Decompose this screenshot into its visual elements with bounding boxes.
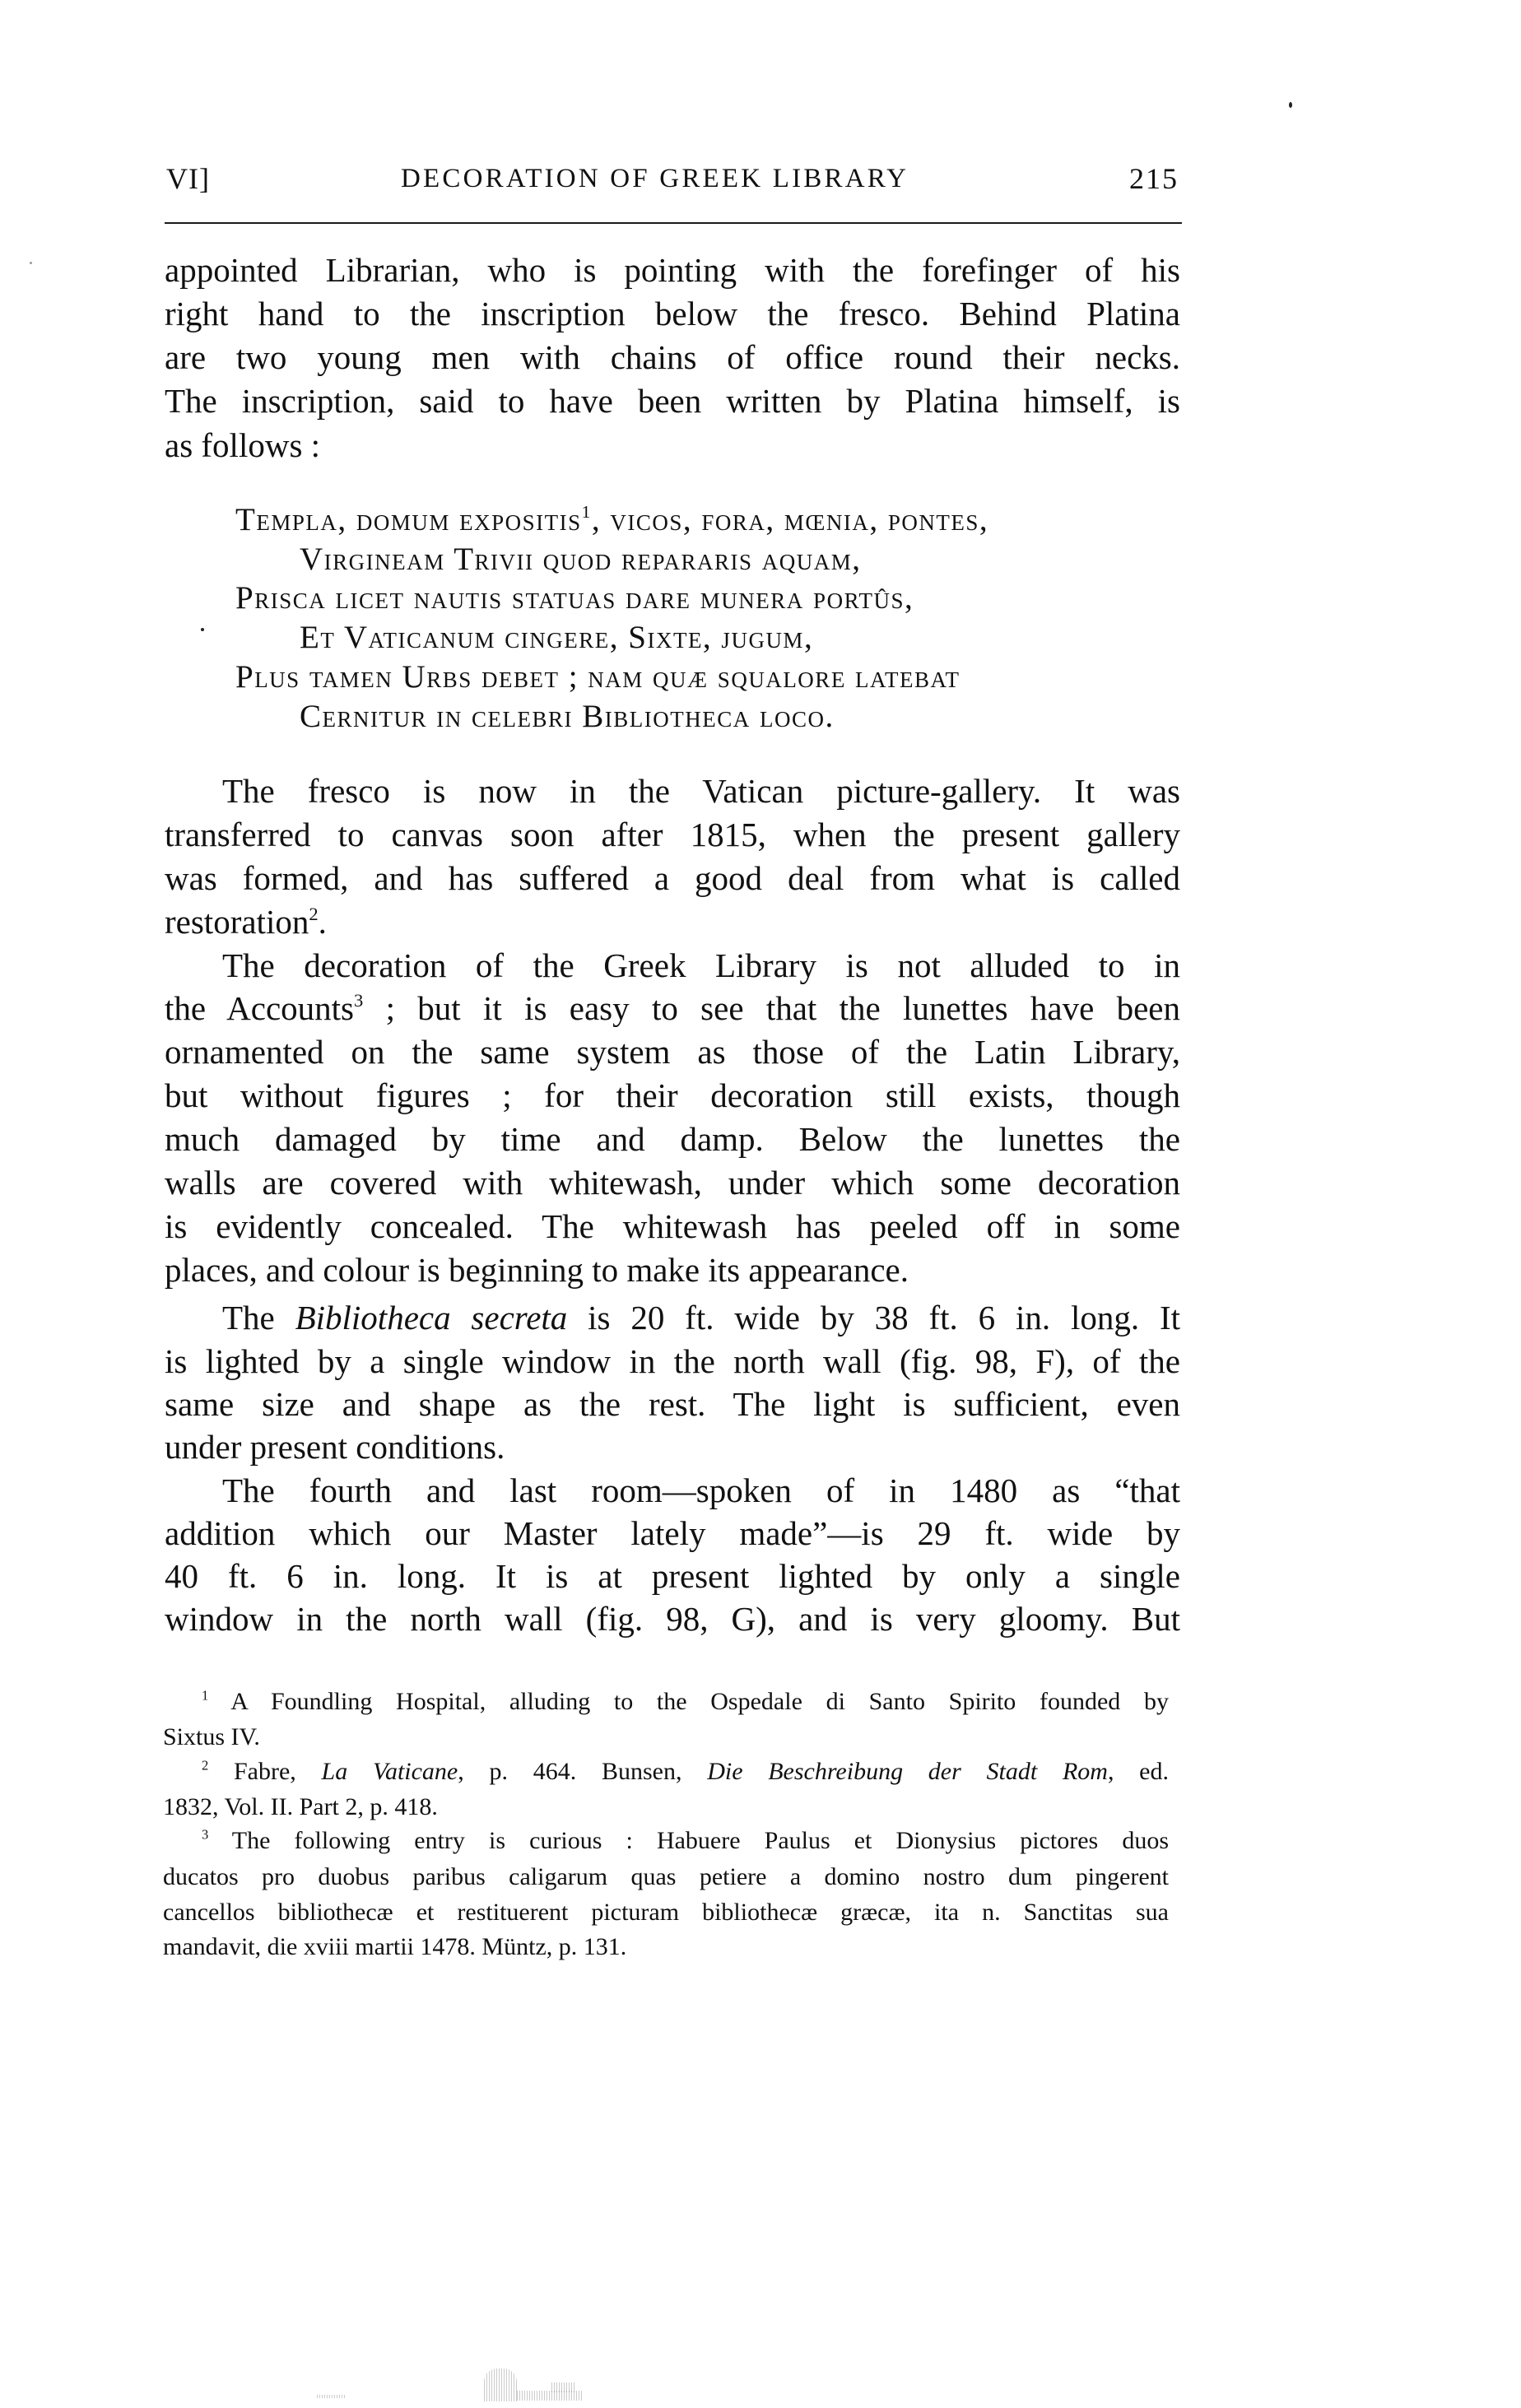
text-run: under present conditions.: [165, 1428, 505, 1466]
header-rule: [165, 222, 1182, 224]
scan-speck: [30, 262, 32, 264]
text-run: mandavit, die xviii martii 1478. Müntz, …: [163, 1933, 626, 1960]
italic-text: La Vaticane: [322, 1758, 458, 1785]
footnote-line: 2 Fabre, La Vaticane, p. 464. Bunsen, Di…: [202, 1760, 1169, 1784]
text-run: The fourth and last room—spoken of in 14…: [222, 1471, 1180, 1509]
text-line: The fourth and last room—spoken of in 14…: [222, 1474, 1180, 1508]
text-line: transferred to canvas soon after 1815, w…: [165, 818, 1180, 852]
verse-line: Plus tamen Urbs debet ; nam quæ squalore…: [235, 661, 961, 693]
text-line: is evidently concealed. The whitewash ha…: [165, 1210, 1180, 1244]
footnote-marker: 2: [309, 904, 318, 924]
text-line: right hand to the inscription below the …: [165, 297, 1180, 331]
text-line: restoration2.: [165, 905, 1180, 939]
text-line: The inscription, said to have been writt…: [165, 384, 1180, 418]
text-run: walls are covered with whitewash, under …: [165, 1164, 1180, 1202]
text-run: The following entry is curious : Habuere…: [208, 1827, 1169, 1854]
scan-smudge: [317, 2395, 346, 2398]
text-line: window in the north wall (fig. 98, G), a…: [165, 1602, 1180, 1636]
text-line: much damaged by time and damp. Below the…: [165, 1123, 1180, 1156]
text-run: Virgineam Trivii quod repararis aquam,: [300, 542, 862, 577]
text-line: is lighted by a single window in the nor…: [165, 1345, 1180, 1378]
text-line: under present conditions.: [165, 1430, 1180, 1464]
footnote-marker: 1: [582, 502, 592, 522]
text-run: A Foundling Hospital, alluding to the Os…: [208, 1688, 1169, 1715]
text-run: The inscription, said to have been writt…: [165, 382, 1180, 420]
text-line: as follows :: [165, 429, 1180, 463]
text-run: , vicos, fora, mœnia, pontes,: [592, 502, 988, 537]
footnote-line: cancellos bibliothecæ et restituerent pi…: [163, 1900, 1169, 1925]
text-line: addition which our Master lately made”—i…: [165, 1517, 1180, 1550]
text-run: Cernitur in celebri Bibliotheca loco.: [300, 699, 835, 734]
footnote-line: ducatos pro duobus paribus caligarum qua…: [163, 1865, 1169, 1890]
footnote-line: Sixtus IV.: [163, 1725, 1169, 1750]
text-run: ducatos pro duobus paribus caligarum qua…: [163, 1863, 1169, 1890]
text-run: Plus tamen Urbs debet ; nam quæ squalore…: [235, 659, 961, 695]
text-line: ornamented on the same system as those o…: [165, 1035, 1180, 1069]
text-run: same size and shape as the rest. The lig…: [165, 1385, 1180, 1423]
text-run: , ed.: [1108, 1758, 1169, 1785]
text-line: places, and colour is beginning to make …: [165, 1253, 1180, 1287]
verse-line: Cernitur in celebri Bibliotheca loco.: [300, 700, 835, 732]
text-run: Et Vaticanum cingere, Sixte, jugum,: [300, 620, 813, 655]
text-run: much damaged by time and damp. Below the…: [165, 1120, 1180, 1158]
text-run: Prisca licet nautis statuas dare munera …: [235, 580, 914, 616]
text-line: appointed Librarian, who is pointing wit…: [165, 253, 1180, 287]
text-run: 40 ft. 6 in. long. It is at present ligh…: [165, 1557, 1180, 1595]
text-run: The: [222, 1299, 295, 1336]
text-run: window in the north wall (fig. 98, G), a…: [165, 1600, 1180, 1638]
footnote-marker: 1: [202, 1687, 208, 1703]
text-line: same size and shape as the rest. The lig…: [165, 1388, 1180, 1421]
page-number: 215: [1129, 164, 1179, 193]
footnote-marker: 3: [202, 1826, 208, 1842]
verse-line: Et Vaticanum cingere, Sixte, jugum,: [300, 621, 813, 653]
book-page: VI] DECORATION OF GREEK LIBRARY 215 appo…: [0, 0, 1521, 2408]
text-run: but without figures ; for their decorati…: [165, 1076, 1180, 1114]
text-run: ; but it is easy to see that the lunette…: [363, 989, 1180, 1027]
text-run: Fabre,: [208, 1758, 321, 1785]
chapter-number: VI]: [166, 164, 210, 193]
text-line: walls are covered with whitewash, under …: [165, 1166, 1180, 1200]
text-run: restoration: [165, 903, 309, 941]
text-line: The fresco is now in the Vatican picture…: [222, 774, 1180, 808]
running-title: DECORATION OF GREEK LIBRARY: [401, 165, 944, 193]
footnote-marker: 3: [354, 990, 363, 1011]
text-run: is 20 ft. wide by 38 ft. 6 in. long. It: [567, 1299, 1180, 1336]
text-run: was formed, and has suffered a good deal…: [165, 859, 1180, 897]
verse-line: Prisca licet nautis statuas dare munera …: [235, 582, 914, 614]
text-run: places, and colour is beginning to make …: [165, 1251, 909, 1289]
text-run: The fresco is now in the Vatican picture…: [222, 772, 1180, 810]
scan-smudge: [551, 2382, 576, 2392]
text-run: 1832, Vol. II. Part 2, p. 418.: [163, 1793, 438, 1820]
footnote-line: 3 The following entry is curious : Habue…: [202, 1829, 1169, 1853]
text-run: ornamented on the same system as those o…: [165, 1033, 1180, 1071]
text-run: The decoration of the Greek Library is n…: [222, 946, 1180, 984]
footnote-marker: 2: [202, 1757, 208, 1773]
text-line: 40 ft. 6 in. long. It is at present ligh…: [165, 1560, 1180, 1593]
scan-smudge: [484, 2368, 517, 2401]
text-run: .: [319, 903, 327, 941]
text-run: Templa, domum expositis: [235, 502, 582, 537]
text-run: cancellos bibliothecæ et restituerent pi…: [163, 1899, 1169, 1926]
text-run: addition which our Master lately made”—i…: [165, 1514, 1180, 1552]
text-run: is lighted by a single window in the nor…: [165, 1342, 1180, 1380]
text-run: Sixtus IV.: [163, 1723, 260, 1750]
scan-speck: [1289, 102, 1292, 108]
text-line: the Accounts3 ; but it is easy to see th…: [165, 992, 1180, 1025]
footnote-line: mandavit, die xviii martii 1478. Müntz, …: [163, 1935, 1169, 1959]
text-run: is evidently concealed. The whitewash ha…: [165, 1207, 1180, 1245]
text-run: as follows :: [165, 426, 320, 464]
text-run: , p. 464. Bunsen,: [458, 1758, 707, 1785]
text-run: transferred to canvas soon after 1815, w…: [165, 816, 1180, 853]
verse-line: Templa, domum expositis1, vicos, fora, m…: [235, 504, 988, 536]
scan-speck: [201, 628, 204, 631]
text-line: was formed, and has suffered a good deal…: [165, 862, 1180, 895]
text-run: are two young men with chains of office …: [165, 338, 1180, 376]
text-line: The Bibliotheca secreta is 20 ft. wide b…: [222, 1301, 1180, 1335]
text-run: the Accounts: [165, 989, 354, 1027]
text-line: but without figures ; for their decorati…: [165, 1079, 1180, 1113]
italic-text: Die Beschreibung der Stadt Rom: [707, 1758, 1108, 1785]
footnote-line: 1832, Vol. II. Part 2, p. 418.: [163, 1795, 1169, 1820]
text-run: right hand to the inscription below the …: [165, 295, 1180, 332]
footnote-line: 1 A Foundling Hospital, alluding to the …: [202, 1690, 1169, 1714]
italic-text: Bibliotheca secreta: [295, 1299, 568, 1336]
verse-line: Virgineam Trivii quod repararis aquam,: [300, 543, 862, 575]
text-line: are two young men with chains of office …: [165, 341, 1180, 374]
text-line: The decoration of the Greek Library is n…: [222, 949, 1180, 983]
text-run: appointed Librarian, who is pointing wit…: [165, 251, 1180, 289]
